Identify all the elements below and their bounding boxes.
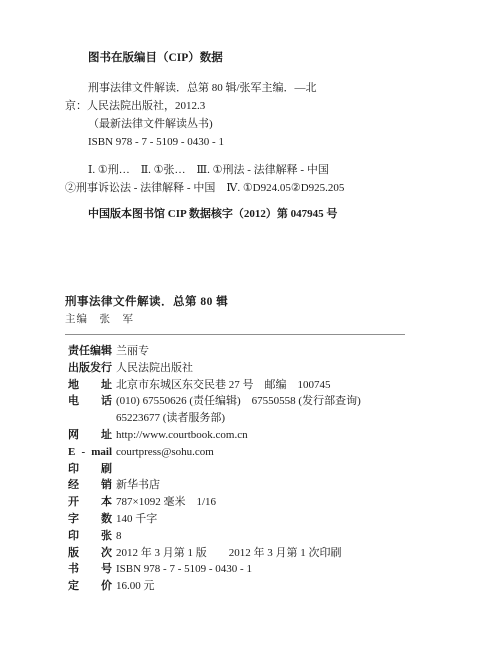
colophon-label: E - mail — [68, 444, 112, 461]
colophon-row: 出版发行人民法院出版社 — [65, 360, 421, 377]
colophon-label: 版次 — [68, 545, 112, 562]
colophon-label: 印张 — [68, 528, 112, 545]
colophon-label: 字数 — [68, 511, 112, 528]
colophon-label: 书号 — [68, 561, 112, 578]
colophon-row: 开本787×1092 毫米 1/16 — [65, 494, 421, 511]
colophon-label: 责任编辑 — [68, 343, 112, 360]
cip-classification-line2: ②刑事诉讼法 - 法律解释 - 中国 Ⅳ. ①D924.05②D925.205 — [65, 179, 421, 197]
colophon-value: ISBN 978 - 7 - 5109 - 0430 - 1 — [116, 563, 252, 575]
book-title: 刑事法律文件解读．总第 80 辑 — [65, 293, 421, 311]
colophon-row: 经销新华书店 — [65, 477, 421, 494]
colophon-row: 印张8 — [65, 528, 421, 545]
colophon-row: 责任编辑兰丽专 — [65, 343, 421, 360]
colophon-value: 兰丽专 — [116, 345, 149, 357]
colophon-value: 8 — [116, 530, 122, 542]
colophon-row: 网址http://www.courtbook.com.cn — [65, 427, 421, 444]
editor-line: 主编 张 军 — [65, 311, 421, 329]
colophon-value: 新华书店 — [116, 479, 160, 491]
colophon-value: 787×1092 毫米 1/16 — [116, 496, 216, 508]
colophon-value: courtpress@sohu.com — [116, 446, 214, 458]
colophon-label: 电话 — [68, 393, 112, 410]
colophon-row: 定价16.00 元 — [65, 578, 421, 595]
cip-description-line1: 刑事法律文件解读．总第 80 辑/张军主编．—北 — [65, 79, 421, 97]
colophon-row: E - mailcourtpress@sohu.com — [65, 444, 421, 461]
cip-heading: 图书在版编目（CIP）数据 — [65, 49, 421, 67]
colophon-value-continued: 65223677 (读者服务部) — [116, 412, 225, 424]
cip-description-line2: 京：人民法院出版社，2012.3 — [65, 97, 421, 115]
colophon-label: 网址 — [68, 427, 112, 444]
cip-series: （最新法律文件解读丛书) — [65, 115, 421, 133]
colophon-section: 责任编辑兰丽专 出版发行人民法院出版社 地址北京市东城区东交民巷 27 号 邮编… — [65, 343, 421, 595]
cip-classification-line1: Ⅰ. ①刑… Ⅱ. ①张… Ⅲ. ①刑法 - 法律解释 - 中国 — [65, 161, 421, 179]
colophon-value: 人民法院出版社 — [116, 362, 193, 374]
colophon-value: (010) 67550626 (责任编辑) 67550558 (发行部查询) — [116, 395, 361, 407]
colophon-label: 经销 — [68, 477, 112, 494]
colophon-label: 定价 — [68, 578, 112, 595]
colophon-label: 印刷 — [68, 461, 112, 478]
colophon-row: 字数140 千字 — [65, 511, 421, 528]
colophon-row: 书号ISBN 978 - 7 - 5109 - 0430 - 1 — [65, 561, 421, 578]
colophon-row: 地址北京市东城区东交民巷 27 号 邮编 100745 — [65, 377, 421, 394]
cip-registry-number: 中国版本图书馆 CIP 数据核字（2012）第 047945 号 — [65, 205, 421, 223]
colophon-label: 开本 — [68, 494, 112, 511]
colophon-label: 出版发行 — [68, 360, 112, 377]
title-block: 刑事法律文件解读．总第 80 辑 主编 张 军 — [65, 293, 421, 329]
colophon-row: 印刷 — [65, 461, 421, 478]
cip-section: 图书在版编目（CIP）数据 刑事法律文件解读．总第 80 辑/张军主编．—北 京… — [65, 49, 421, 223]
book-copyright-page: 图书在版编目（CIP）数据 刑事法律文件解读．总第 80 辑/张军主编．—北 京… — [0, 0, 482, 652]
colophon-value: 北京市东城区东交民巷 27 号 邮编 100745 — [116, 379, 331, 391]
colophon-value: http://www.courtbook.com.cn — [116, 429, 248, 441]
colophon-label: 地址 — [68, 377, 112, 394]
colophon-value: 2012 年 3 月第 1 版 2012 年 3 月第 1 次印刷 — [116, 547, 342, 559]
cip-isbn: ISBN 978 - 7 - 5109 - 0430 - 1 — [65, 133, 421, 151]
colophon-value: 140 千字 — [116, 513, 157, 525]
colophon-row: 电话(010) 67550626 (责任编辑) 67550558 (发行部查询)… — [65, 393, 421, 427]
colophon-value: 16.00 元 — [116, 580, 155, 592]
page-content: 图书在版编目（CIP）数据 刑事法律文件解读．总第 80 辑/张军主编．—北 京… — [65, 49, 421, 595]
divider-line — [65, 334, 405, 335]
colophon-row: 版次2012 年 3 月第 1 版 2012 年 3 月第 1 次印刷 — [65, 545, 421, 562]
